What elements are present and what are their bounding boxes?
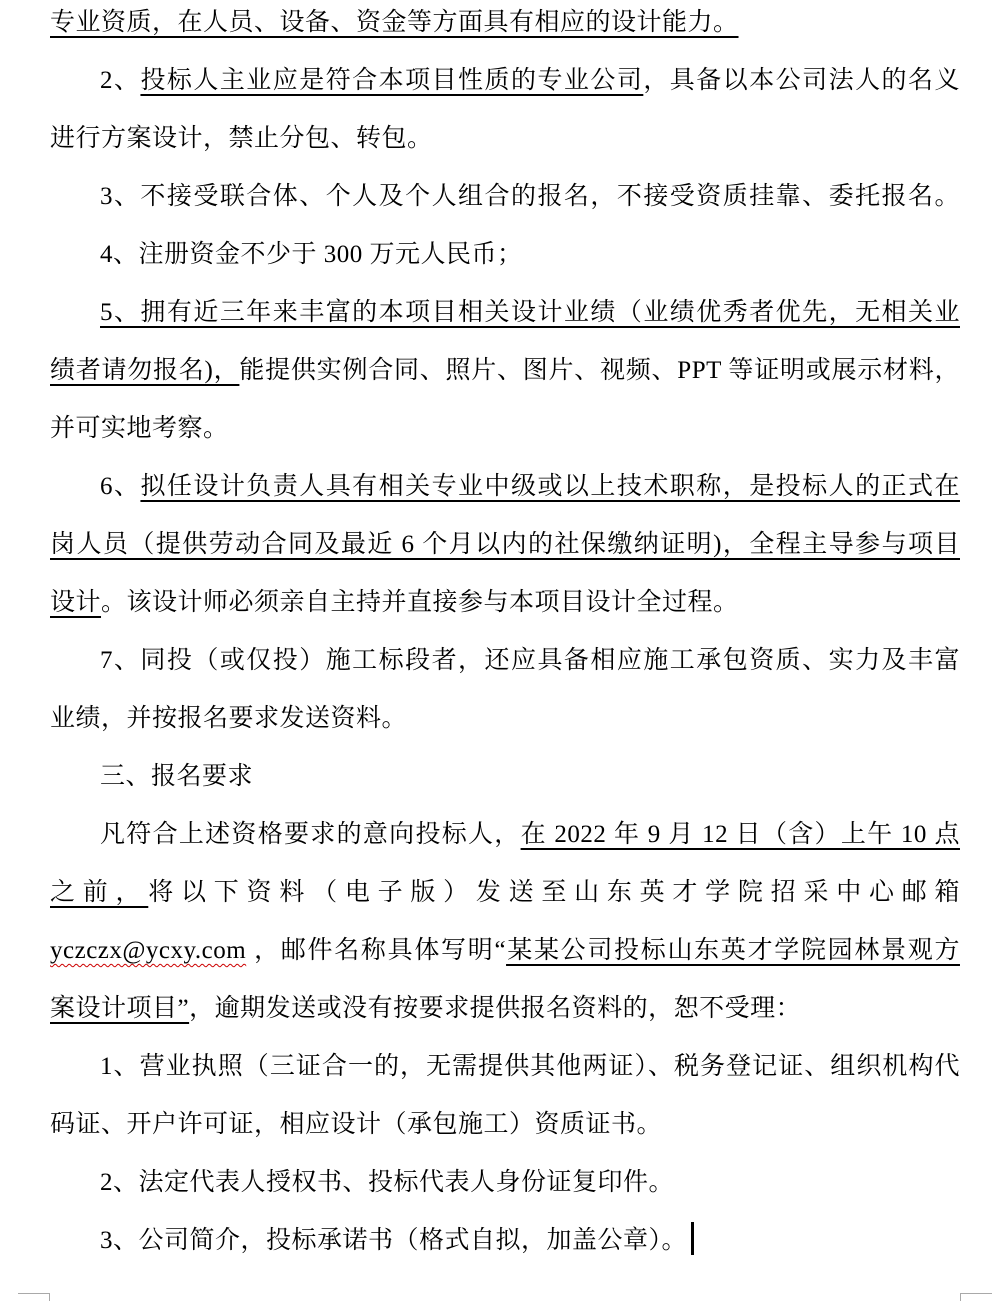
margin-crop-mark-bottom-right <box>960 1293 992 1301</box>
text-line: 设计。该设计师必须亲自主持并直接参与本项目设计全过程。 <box>50 574 960 632</box>
document-text-area[interactable]: 专业资质，在人员、设备、资金等方面具有相应的设计能力。 2、投标人主业应是符合本… <box>50 0 960 1270</box>
text-line: 7、同投（或仅投）施工标段者，还应具备相应施工承包资质、实力及丰富 <box>50 632 960 690</box>
text-line: 案设计项目”，逾期发送或没有按要求提供报名资料的，恕不受理： <box>50 980 960 1038</box>
plain-segment: 7、同投（或仅投）施工标段者，还应具备相应施工承包资质、实力及丰富 <box>100 647 960 674</box>
section-heading: 三、报名要求 <box>50 748 960 806</box>
text-line: 码证、开户许可证，相应设计（承包施工）资质证书。 <box>50 1096 960 1154</box>
margin-crop-mark-bottom-left <box>18 1293 50 1301</box>
text-line: yczczx@ycxy.com ，邮件名称具体写明“某某公司投标山东英才学院园林… <box>50 922 960 980</box>
text-line: 3、公司简介，投标承诺书（格式自拟，加盖公章）。 <box>50 1212 960 1270</box>
plain-segment: ，邮件名称具体写明“ <box>246 937 506 964</box>
text-line: 凡符合上述资格要求的意向投标人，在 2022 年 9 月 12 日（含）上午 1… <box>50 806 960 864</box>
plain-segment: 进行方案设计，禁止分包、转包。 <box>50 125 433 152</box>
plain-segment: 。该设计师必须亲自主持并直接参与本项目设计全过程。 <box>101 589 739 616</box>
underlined-segment: 投标人主业应是符合本项目性质的专业公司 <box>140 67 643 94</box>
underlined-segment: 在 2022 年 9 月 12 日（含）上午 10 点 <box>521 821 960 848</box>
text-line: 进行方案设计，禁止分包、转包。 <box>50 110 960 168</box>
underlined-segment: 拟任设计负责人具有相关专业中级或以上技术职称，是投标人的正式在 <box>140 473 960 500</box>
text-line: 6、拟任设计负责人具有相关专业中级或以上技术职称，是投标人的正式在 <box>50 458 960 516</box>
plain-segment: ，具备以本公司法人的名义 <box>643 67 960 94</box>
underlined-segment: 某某公司投标山东英才学院园林景观方 <box>506 937 960 964</box>
text-line: 之前，将以下资料（电子版）发送至山东英才学院招采中心邮箱 <box>50 864 960 922</box>
plain-segment: 3、公司简介，投标承诺书（格式自拟，加盖公章）。 <box>100 1227 687 1254</box>
text-line: 绩者请勿报名)，能提供实例合同、照片、图片、视频、PPT 等证明或展示材料， <box>50 342 960 400</box>
plain-segment: ，逾期发送或没有按要求提供报名资料的，恕不受理： <box>189 995 801 1022</box>
plain-segment: 码证、开户许可证，相应设计（承包施工）资质证书。 <box>50 1111 662 1138</box>
underlined-segment: 5、拥有近三年来丰富的本项目相关设计业绩（业绩优秀者优先，无相关业 <box>100 299 960 326</box>
text-line: 岗人员（提供劳动合同及最近 6 个月以内的社保缴纳证明)，全程主导参与项目 <box>50 516 960 574</box>
text-line: 业绩，并按报名要求发送资料。 <box>50 690 960 748</box>
plain-segment: 并可实地考察。 <box>50 415 229 442</box>
text-line: 1、营业执照（三证合一的，无需提供其他两证）、税务登记证、组织机构代 <box>50 1038 960 1096</box>
plain-segment: 将以下资料（电子版）发送至山东英才学院招采中心邮箱 <box>148 879 960 906</box>
underlined-segment: 之前， <box>50 879 148 906</box>
underlined-segment: 专业资质，在人员、设备、资金等方面具有相应的设计能力。 <box>50 9 739 36</box>
plain-segment: 三、报名要求 <box>100 763 253 790</box>
underlined-segment: 绩者请勿报名)， <box>50 357 239 384</box>
email-spellcheck-segment: yczczx@ycxy.com <box>50 937 246 964</box>
text-line: 5、拥有近三年来丰富的本项目相关设计业绩（业绩优秀者优先，无相关业 <box>50 284 960 342</box>
plain-segment: 3、不接受联合体、个人及个人组合的报名，不接受资质挂靠、委托报名。 <box>100 183 960 210</box>
plain-segment: 6、 <box>100 473 140 500</box>
plain-segment: 1、营业执照（三证合一的，无需提供其他两证）、税务登记证、组织机构代 <box>100 1053 960 1080</box>
plain-segment: 2、法定代表人授权书、投标代表人身份证复印件。 <box>100 1169 674 1196</box>
text-cursor <box>691 1222 694 1255</box>
text-line: 3、不接受联合体、个人及个人组合的报名，不接受资质挂靠、委托报名。 <box>50 168 960 226</box>
text-line: 专业资质，在人员、设备、资金等方面具有相应的设计能力。 <box>50 0 960 52</box>
plain-segment: 凡符合上述资格要求的意向投标人， <box>100 821 521 848</box>
plain-segment: 4、注册资金不少于 300 万元人民币； <box>100 241 523 268</box>
plain-segment: 业绩，并按报名要求发送资料。 <box>50 705 407 732</box>
underlined-segment: 岗人员（提供劳动合同及最近 6 个月以内的社保缴纳证明)，全程主导参与项目 <box>50 531 960 558</box>
plain-segment: 能提供实例合同、照片、图片、视频、PPT 等证明或展示材料， <box>239 357 960 384</box>
text-line: 并可实地考察。 <box>50 400 960 458</box>
text-line: 2、投标人主业应是符合本项目性质的专业公司，具备以本公司法人的名义 <box>50 52 960 110</box>
underlined-segment: 案设计项目” <box>50 995 189 1022</box>
text-line: 4、注册资金不少于 300 万元人民币； <box>50 226 960 284</box>
text-line: 2、法定代表人授权书、投标代表人身份证复印件。 <box>50 1154 960 1212</box>
document-page: 专业资质，在人员、设备、资金等方面具有相应的设计能力。 2、投标人主业应是符合本… <box>0 0 992 1301</box>
underlined-segment: 设计 <box>50 589 101 616</box>
plain-segment: 2、 <box>100 67 140 94</box>
